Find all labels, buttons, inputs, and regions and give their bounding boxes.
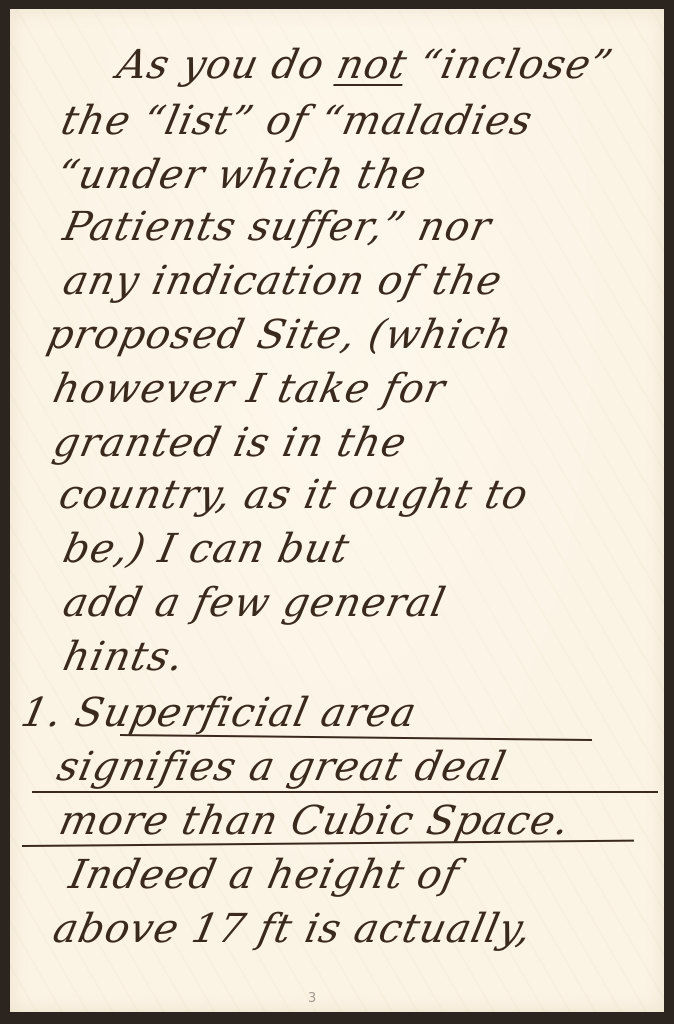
- line-12-text: hints.: [59, 634, 188, 680]
- line-3: “under which the: [54, 155, 431, 195]
- line-8-text: granted is in the: [49, 420, 411, 466]
- line-9: country, as it ought to: [56, 475, 532, 515]
- line-2: the “list” of “maladies: [58, 101, 537, 141]
- line-15: more than Cubic Space.: [56, 801, 574, 841]
- line-2-text: the “list” of “maladies: [57, 98, 537, 144]
- line-16: Indeed a height of: [66, 855, 463, 895]
- line-7: however I take for: [50, 369, 449, 409]
- line-7-text: however I take for: [49, 366, 450, 412]
- line-16-text: Indeed a height of: [65, 852, 463, 898]
- line-8: granted is in the: [50, 423, 411, 463]
- line-10: be,) I can but: [60, 529, 354, 569]
- line-5-text: any indication of the: [59, 258, 506, 304]
- line-1: As you do not “inclose”: [114, 45, 617, 85]
- line-13-underlined: Superficial area: [71, 690, 421, 736]
- line-1-post: “inclose”: [402, 42, 617, 88]
- line-6-text: proposed Site, (which: [43, 312, 517, 358]
- line-12: hints.: [60, 637, 188, 677]
- line-4-text: Patients suffer,” nor: [59, 204, 496, 250]
- scan-frame: As you do not “inclose” the “list” of “m…: [0, 0, 674, 1024]
- line-5: any indication of the: [60, 261, 506, 301]
- line-17-text: above 17 ft is actually,: [49, 906, 536, 952]
- line-14: signifies a great deal: [54, 747, 510, 787]
- line-1-underlined: not: [333, 42, 412, 88]
- page-number: 3: [308, 991, 316, 1006]
- line-3-text: “under which the: [53, 152, 431, 198]
- line-11-text: add a few general: [59, 580, 450, 626]
- line-6: proposed Site, (which: [44, 315, 516, 355]
- underline-rule-2: [32, 791, 658, 793]
- line-1-text: As you do: [113, 42, 342, 88]
- line-13: 1. Superficial area: [18, 693, 421, 733]
- line-11: add a few general: [60, 583, 450, 623]
- line-13-number: 1.: [17, 690, 81, 736]
- line-14-underlined: signifies a great deal: [53, 744, 510, 790]
- line-17: above 17 ft is actually,: [50, 909, 536, 949]
- line-9-text: country, as it ought to: [55, 472, 533, 518]
- letter-page: As you do not “inclose” the “list” of “m…: [10, 9, 664, 1012]
- line-10-text: be,) I can but: [59, 526, 354, 572]
- line-15-underlined: more than Cubic Space: [55, 798, 560, 844]
- line-4: Patients suffer,” nor: [60, 207, 495, 247]
